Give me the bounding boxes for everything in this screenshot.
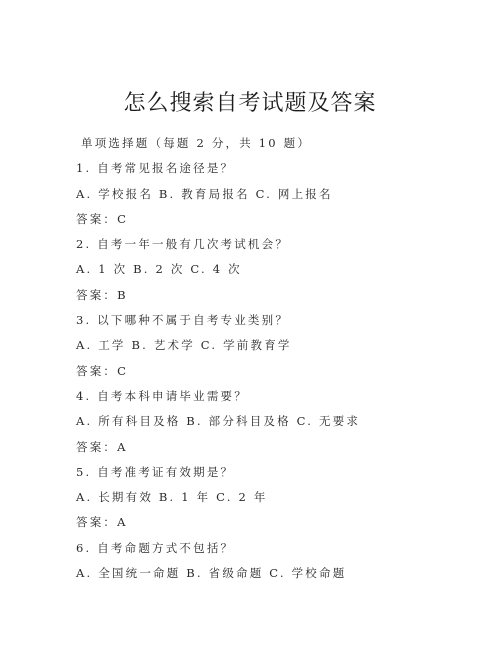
question-text: 1. 自考常见报名途径是？	[76, 159, 476, 184]
question-text: 2. 自考一年一般有几次考试机会？	[76, 235, 476, 260]
question-answer: 答案：B	[76, 286, 476, 311]
question-text: 3. 以下哪种不属于自考专业类别？	[76, 311, 476, 336]
question-answer: 答案：A	[76, 513, 476, 538]
question-options: A. 长期有效 B. 1 年 C. 2 年	[76, 488, 476, 513]
section-heading: 单项选择题（每题 2 分，共 10 题）	[76, 134, 476, 159]
question-text: 6. 自考命题方式不包括？	[76, 539, 476, 564]
question-answer: 答案：C	[76, 362, 476, 387]
question-options: A. 全国统一命题 B. 省级命题 C. 学校命题	[76, 564, 476, 589]
question-options: A. 学校报名 B. 教育局报名 C. 网上报名	[76, 185, 476, 210]
question-options: A. 所有科目及格 B. 部分科目及格 C. 无要求	[76, 412, 476, 437]
question-answer: 答案：A	[76, 438, 476, 463]
question-options: A. 工学 B. 艺术学 C. 学前教育学	[76, 336, 476, 361]
question-options: A. 1 次 B. 2 次 C. 4 次	[76, 260, 476, 285]
document-title: 怎么搜索自考试题及答案	[0, 86, 500, 117]
document-page: 怎么搜索自考试题及答案 单项选择题（每题 2 分，共 10 题） 1. 自考常见…	[0, 0, 500, 647]
question-answer: 答案：C	[76, 210, 476, 235]
question-text: 5. 自考准考证有效期是？	[76, 463, 476, 488]
question-list: 单项选择题（每题 2 分，共 10 题） 1. 自考常见报名途径是？ A. 学校…	[76, 134, 476, 589]
question-text: 4. 自考本科申请毕业需要？	[76, 387, 476, 412]
